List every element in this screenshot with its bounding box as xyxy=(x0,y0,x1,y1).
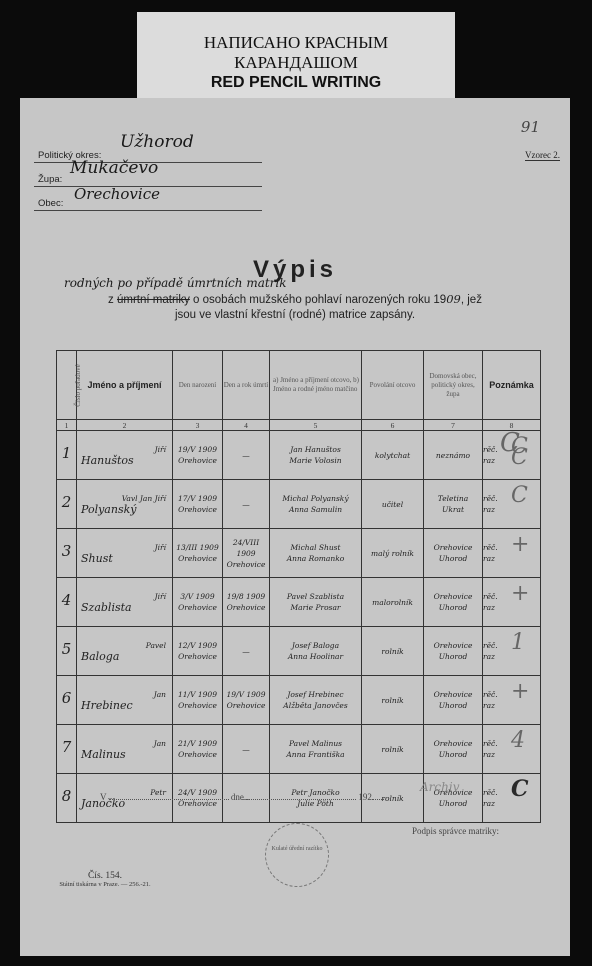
handwritten-archive-note: Archiv xyxy=(420,780,459,794)
row-number: 3 xyxy=(57,529,77,578)
death-date: — xyxy=(223,480,270,529)
table-row: 1JiříHanuštos19/V 1909Orehovice—Jan Hanu… xyxy=(57,431,541,480)
child-name: JiříHanuštos xyxy=(77,431,173,480)
child-name: JiříShust xyxy=(77,529,173,578)
intro-suffix: , jež xyxy=(461,294,482,306)
birth-date: 3/V 1909Orehovice xyxy=(173,578,223,627)
year-blank xyxy=(372,799,384,800)
printer-info: Státní tiskárna v Praze. — 256.-21. xyxy=(20,881,190,888)
date-blank xyxy=(246,799,356,800)
header-number: Číslo pořadové xyxy=(57,351,77,420)
obec-label: Obec: xyxy=(38,198,63,209)
domicile: OrehoviceUhorod xyxy=(424,725,483,774)
header-domicile: Domovská obec, politický okres, župa xyxy=(424,351,483,420)
table-row: 2Vavl Jan JiříPolyanský17/V 1909Orehovic… xyxy=(57,480,541,529)
pencil-mark: 1 xyxy=(511,637,525,648)
note: rěč. raz4 xyxy=(483,725,541,774)
intro-year: 09 xyxy=(446,292,461,306)
header-birth-date: Den narození xyxy=(173,351,223,420)
header-father-occupation: Povolání otcovo xyxy=(362,351,424,420)
child-name: JiříSzablista xyxy=(77,578,173,627)
label-line-en: RED PENCIL WRITING xyxy=(137,73,455,93)
father-occupation: rolník xyxy=(362,676,424,725)
domicile: neznámo xyxy=(424,431,483,480)
pencil-mark: C xyxy=(511,784,529,795)
domicile: TeletinaUkrat xyxy=(424,480,483,529)
pencil-mark: + xyxy=(511,686,529,697)
child-name: JanHrebinec xyxy=(77,676,173,725)
birth-date: 13/III 1909Orehovice xyxy=(173,529,223,578)
header-death-date: Den a rok úmrtí xyxy=(223,351,270,420)
v-label: V xyxy=(100,792,106,802)
politicky-okres-value: Užhorod xyxy=(120,132,194,152)
note: rěč. razC xyxy=(483,774,541,823)
zupa-value: Mukačevo xyxy=(70,158,158,178)
table-row: 3JiříShust13/III 1909Orehovice24/VIII 19… xyxy=(57,529,541,578)
death-date: — xyxy=(223,627,270,676)
note: rěč. raz+ xyxy=(483,676,541,725)
parents: Jan HanuštosMarie Volosin xyxy=(270,431,362,480)
register-extract-page: 91 Vzorec 2. Politický okres: Užhorod Žu… xyxy=(20,98,570,956)
birth-date: 12/V 1909Orehovice xyxy=(173,627,223,676)
label-line-ru-1: НАПИСАНО КРАСНЫМ xyxy=(137,33,455,53)
death-date: — xyxy=(223,431,270,480)
domicile: OrehoviceUhorod xyxy=(424,578,483,627)
father-occupation: malý rolník xyxy=(362,529,424,578)
row-number: 2 xyxy=(57,480,77,529)
child-name: JanMalinus xyxy=(77,725,173,774)
row-number: 4 xyxy=(57,578,77,627)
domicile: OrehoviceUhorod xyxy=(424,676,483,725)
birth-date: 11/V 1909Orehovice xyxy=(173,676,223,725)
death-date: 19/8 1909Orehovice xyxy=(223,578,270,627)
form-number: Vzorec 2. xyxy=(525,150,560,161)
red-pencil-label-card: НАПИСАНО КРАСНЫМ КАРАНДАШОМ RED PENCIL W… xyxy=(137,12,455,98)
parents: Pavel SzablistaMarie Prosar xyxy=(270,578,362,627)
table-row: 6JanHrebinec11/V 1909Orehovice19/V 1909O… xyxy=(57,676,541,725)
row-number: 6 xyxy=(57,676,77,725)
obec-value: Orechovice xyxy=(74,185,160,203)
folio-number: 91 xyxy=(521,118,540,136)
death-date: 19/V 1909Orehovice xyxy=(223,676,270,725)
obec-line xyxy=(34,210,262,211)
label-line-ru-2: КАРАНДАШОМ xyxy=(137,53,455,73)
child-name: PavelBaloga xyxy=(77,627,173,676)
birth-date: 17/V 1909Orehovice xyxy=(173,480,223,529)
header-note: Poznámka xyxy=(483,351,541,420)
registrar-signature-label: Podpis správce matriky: xyxy=(412,826,499,836)
register-table: Číslo pořadové Jméno a příjmení Den naro… xyxy=(56,350,541,823)
column-number: 3 xyxy=(173,420,223,431)
domicile: OrehoviceUhorod xyxy=(424,529,483,578)
table-row: 7JanMalinus21/V 1909Orehovice—Pavel Mali… xyxy=(57,725,541,774)
zupa-label: Župa: xyxy=(38,174,62,185)
column-number: 2 xyxy=(77,420,173,431)
father-occupation: učitel xyxy=(362,480,424,529)
column-number: 6 xyxy=(362,420,424,431)
parents: Pavel MalinusAnna Františka xyxy=(270,725,362,774)
row-number: 1 xyxy=(57,431,77,480)
birth-date: 19/V 1909Orehovice xyxy=(173,431,223,480)
father-occupation: rolník xyxy=(362,725,424,774)
domicile: OrehoviceUhorod xyxy=(424,627,483,676)
death-date: — xyxy=(223,725,270,774)
parents: Josef HrebinecAlžběta Janovčes xyxy=(270,676,362,725)
column-number: 4 xyxy=(223,420,270,431)
header-parents: a) Jméno a příjmení otcovo, b) Jméno a r… xyxy=(270,351,362,420)
child-name: Vavl Jan JiříPolyanský xyxy=(77,480,173,529)
pencil-mark-row-1-outer: C xyxy=(500,428,520,458)
table-row: 4JiříSzablista3/V 1909Orehovice19/8 1909… xyxy=(57,578,541,627)
official-seal-placeholder: Kulaté úřední razítko xyxy=(265,823,329,887)
column-number: 5 xyxy=(270,420,362,431)
note: rěč. razC xyxy=(483,480,541,529)
table-row: 5PavelBaloga12/V 1909Orehovice—Josef Bal… xyxy=(57,627,541,676)
note: rěč. raz1 xyxy=(483,627,541,676)
note: rěč. raz+ xyxy=(483,578,541,627)
intro-text: z úmrtní matriky o osobách mužského pohl… xyxy=(20,292,570,323)
birth-date: 21/V 1909Orehovice xyxy=(173,725,223,774)
intro-main: o osobách mužského pohlaví narozených ro… xyxy=(193,294,446,306)
place-blank xyxy=(109,799,229,800)
intro-struck-text: úmrtní matriky xyxy=(117,294,190,306)
form-print-info: Čís. 154. Státní tiskárna v Praze. — 256… xyxy=(20,871,190,888)
row-number: 5 xyxy=(57,627,77,676)
column-number: 7 xyxy=(424,420,483,431)
form-code: Čís. 154. xyxy=(20,871,190,881)
father-occupation: rolník xyxy=(362,627,424,676)
row-number: 8 xyxy=(57,774,77,823)
parents: Michal ShustAnna Romanko xyxy=(270,529,362,578)
year-prefix: 192 xyxy=(358,792,372,802)
pencil-mark: 4 xyxy=(511,735,525,746)
father-occupation: malorolník xyxy=(362,578,424,627)
pencil-mark: C xyxy=(511,490,528,501)
row-number: 7 xyxy=(57,725,77,774)
header-name: Jméno a příjmení xyxy=(77,351,173,420)
place-date-line: V dne 192 xyxy=(100,792,384,802)
parents: Josef BalogaAnna Hoolinar xyxy=(270,627,362,676)
pencil-mark: + xyxy=(511,539,529,550)
column-number: 1 xyxy=(57,420,77,431)
intro-prefix: z xyxy=(108,294,114,306)
note: rěč. raz+ xyxy=(483,529,541,578)
title-handwritten-insert: rodných po případě úmrtních matrik xyxy=(64,276,287,290)
death-date: 24/VIII 1909Orehovice xyxy=(223,529,270,578)
parents: Michal PolyanskýAnna Samulin xyxy=(270,480,362,529)
pencil-mark: + xyxy=(511,588,529,599)
dne-label: dne xyxy=(231,792,244,802)
father-occupation: kolytchat xyxy=(362,431,424,480)
intro-line-2: jsou ve vlastní křestní (rodné) matrice … xyxy=(20,308,570,323)
